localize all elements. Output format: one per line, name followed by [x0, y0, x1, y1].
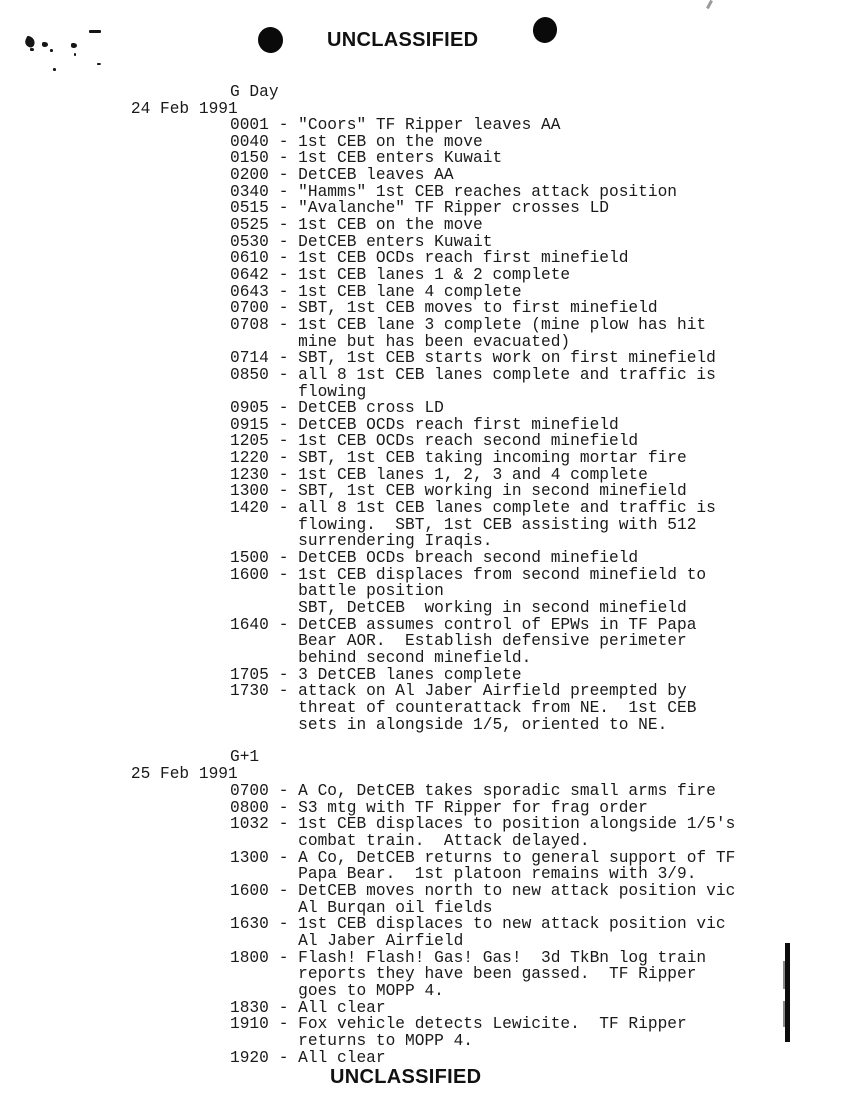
entry-text: Flash! Flash! Gas! Gas! 3d TkBn log trai…	[298, 950, 706, 1000]
entry-separator: -	[269, 150, 298, 167]
log-entry: 1705 - 3 DetCEB lanes complete	[230, 667, 750, 684]
entry-separator: -	[269, 184, 298, 201]
entry-time: 1730	[230, 683, 269, 700]
ink-dot	[50, 49, 53, 52]
section-header-25feb: 25 Feb 1991 G+1	[92, 749, 238, 816]
pen-margin-mark	[785, 943, 790, 1042]
entry-separator: -	[269, 816, 298, 833]
entry-text: Fox vehicle detects Lewicite. TF Ripper …	[298, 1016, 687, 1049]
chronology-entries-24feb: 0001 - "Coors" TF Ripper leaves AA0040 -…	[230, 117, 750, 733]
entry-separator: -	[269, 300, 298, 317]
ink-dot	[97, 63, 101, 65]
log-entry: 0530 - DetCEB enters Kuwait	[230, 234, 750, 251]
log-entry: 0800 - S3 mtg with TF Ripper for frag or…	[230, 800, 750, 817]
entry-time: 0530	[230, 234, 269, 251]
log-entry: 0643 - 1st CEB lane 4 complete	[230, 284, 750, 301]
entry-text: SBT, 1st CEB moves to first minefield	[298, 300, 657, 317]
section-header-24feb: 24 Feb 1991 G Day	[92, 84, 238, 151]
entry-separator: -	[269, 450, 298, 467]
entry-time: 0610	[230, 250, 269, 267]
entry-text: All clear	[298, 1000, 385, 1017]
entry-separator: -	[269, 617, 298, 634]
entry-time: 0800	[230, 800, 269, 817]
entry-time: 0700	[230, 783, 269, 800]
entry-text: DetCEB leaves AA	[298, 167, 453, 184]
log-entry: 0642 - 1st CEB lanes 1 & 2 complete	[230, 267, 750, 284]
log-entry: 0150 - 1st CEB enters Kuwait	[230, 150, 750, 167]
log-entry: 1230 - 1st CEB lanes 1, 2, 3 and 4 compl…	[230, 467, 750, 484]
entry-text: 1st CEB lane 4 complete	[298, 284, 521, 301]
entry-text: DetCEB cross LD	[298, 400, 444, 417]
entry-text: 1st CEB displaces to new attack position…	[298, 916, 725, 949]
entry-separator: -	[269, 800, 298, 817]
entry-separator: -	[269, 350, 298, 367]
entry-time: 1230	[230, 467, 269, 484]
hole-punch-dot-left	[256, 25, 284, 54]
ink-dot	[42, 42, 48, 47]
log-entry: 0340 - "Hamms" 1st CEB reaches attack po…	[230, 184, 750, 201]
entry-separator: -	[269, 1016, 298, 1033]
log-entry: 1420 - all 8 1st CEB lanes complete and …	[230, 500, 750, 550]
ink-dot	[71, 43, 77, 48]
log-entry: 1600 - 1st CEB displaces from second min…	[230, 567, 750, 617]
log-entry: 1500 - DetCEB OCDs breach second minefie…	[230, 550, 750, 567]
document-page: UNCLASSIFIED 24 Feb 1991 G Day 0001 - "C…	[0, 0, 850, 1107]
log-entry: 1800 - Flash! Flash! Gas! Gas! 3d TkBn l…	[230, 950, 750, 1000]
entry-text: DetCEB enters Kuwait	[298, 234, 492, 251]
log-entry: 0001 - "Coors" TF Ripper leaves AA	[230, 117, 750, 134]
entry-text: SBT, 1st CEB taking incoming mortar fire	[298, 450, 687, 467]
entry-separator: -	[269, 433, 298, 450]
entry-text: 1st CEB OCDs reach first minefield	[298, 250, 628, 267]
log-entry: 0610 - 1st CEB OCDs reach first minefiel…	[230, 250, 750, 267]
entry-text: all 8 1st CEB lanes complete and traffic…	[298, 367, 716, 400]
entry-time: 1830	[230, 1000, 269, 1017]
entry-text: all 8 1st CEB lanes complete and traffic…	[298, 500, 716, 550]
entry-separator: -	[269, 367, 298, 384]
log-entry: 1032 - 1st CEB displaces to position alo…	[230, 816, 750, 849]
entry-time: 0915	[230, 417, 269, 434]
entry-text: 1st CEB OCDs reach second minefield	[298, 433, 638, 450]
entry-time: 0525	[230, 217, 269, 234]
entry-time: 0643	[230, 284, 269, 301]
section-date: 25 Feb 1991	[131, 765, 238, 783]
entry-text: SBT, 1st CEB starts work on first minefi…	[298, 350, 716, 367]
entry-text: DetCEB assumes control of EPWs in TF Pap…	[298, 617, 696, 667]
classification-banner-top: UNCLASSIFIED	[327, 29, 478, 52]
hole-punch-dot-right	[531, 15, 559, 45]
entry-time: 1600	[230, 883, 269, 900]
entry-text: 3 DetCEB lanes complete	[298, 667, 521, 684]
entry-time: 1705	[230, 667, 269, 684]
entry-separator: -	[269, 234, 298, 251]
entry-separator: -	[269, 683, 298, 700]
entry-time: 0515	[230, 200, 269, 217]
log-entry: 0700 - A Co, DetCEB takes sporadic small…	[230, 783, 750, 800]
log-entry: 1630 - 1st CEB displaces to new attack p…	[230, 916, 750, 949]
entry-time: 0001	[230, 117, 269, 134]
entry-text: 1st CEB displaces from second minefield …	[298, 567, 706, 617]
entry-text: "Coors" TF Ripper leaves AA	[298, 117, 560, 134]
entry-separator: -	[269, 267, 298, 284]
entry-time: 1420	[230, 500, 269, 517]
entry-separator: -	[269, 167, 298, 184]
entry-separator: -	[269, 850, 298, 867]
ink-blot	[23, 35, 36, 48]
entry-text: 1st CEB lanes 1, 2, 3 and 4 complete	[298, 467, 648, 484]
entry-time: 0340	[230, 184, 269, 201]
entry-separator: -	[269, 567, 298, 584]
log-entry: 0915 - DetCEB OCDs reach first minefield	[230, 417, 750, 434]
entry-time: 1300	[230, 850, 269, 867]
entry-separator: -	[269, 284, 298, 301]
log-entry: 1300 - A Co, DetCEB returns to general s…	[230, 850, 750, 883]
log-entry: 1220 - SBT, 1st CEB taking incoming mort…	[230, 450, 750, 467]
ink-dot	[30, 48, 34, 51]
ink-dot	[53, 68, 56, 71]
entry-time: 1920	[230, 1050, 269, 1067]
section-date: 24 Feb 1991	[131, 100, 238, 118]
log-entry: 0905 - DetCEB cross LD	[230, 400, 750, 417]
ink-dot	[74, 53, 76, 56]
log-entry: 1910 - Fox vehicle detects Lewicite. TF …	[230, 1016, 750, 1049]
entry-time: 1220	[230, 450, 269, 467]
log-entry: 1730 - attack on Al Jaber Airfield preem…	[230, 683, 750, 733]
entry-time: 0850	[230, 367, 269, 384]
entry-text: "Hamms" 1st CEB reaches attack position	[298, 184, 677, 201]
entry-time: 0708	[230, 317, 269, 334]
chronology-entries-25feb: 0700 - A Co, DetCEB takes sporadic small…	[230, 783, 750, 1066]
entry-time: 1640	[230, 617, 269, 634]
entry-separator: -	[269, 783, 298, 800]
entry-separator: -	[269, 916, 298, 933]
log-entry: 1830 - All clear	[230, 1000, 750, 1017]
entry-text: 1st CEB lanes 1 & 2 complete	[298, 267, 570, 284]
ink-dash	[89, 30, 101, 33]
entry-separator: -	[269, 483, 298, 500]
entry-text: S3 mtg with TF Ripper for frag order	[298, 800, 648, 817]
log-entry: 0525 - 1st CEB on the move	[230, 217, 750, 234]
entry-separator: -	[269, 417, 298, 434]
entry-time: 0040	[230, 134, 269, 151]
log-entry: 0200 - DetCEB leaves AA	[230, 167, 750, 184]
log-entry: 0700 - SBT, 1st CEB moves to first minef…	[230, 300, 750, 317]
log-entry: 1300 - SBT, 1st CEB working in second mi…	[230, 483, 750, 500]
log-entry: 0515 - "Avalanche" TF Ripper crosses LD	[230, 200, 750, 217]
entry-separator: -	[269, 500, 298, 517]
entry-separator: -	[269, 317, 298, 334]
entry-separator: -	[269, 217, 298, 234]
entry-text: SBT, 1st CEB working in second minefield	[298, 483, 687, 500]
entry-separator: -	[269, 250, 298, 267]
entry-text: 1st CEB enters Kuwait	[298, 150, 502, 167]
entry-text: A Co, DetCEB takes sporadic small arms f…	[298, 783, 716, 800]
log-entry: 0850 - all 8 1st CEB lanes complete and …	[230, 367, 750, 400]
entry-text: DetCEB moves north to new attack positio…	[298, 883, 735, 916]
entry-time: 1500	[230, 550, 269, 567]
entry-time: 1630	[230, 916, 269, 933]
entry-separator: -	[269, 134, 298, 151]
entry-text: 1st CEB on the move	[298, 217, 483, 234]
entry-separator: -	[269, 200, 298, 217]
entry-text: DetCEB OCDs breach second minefield	[298, 550, 638, 567]
entry-separator: -	[269, 467, 298, 484]
entry-separator: -	[269, 950, 298, 967]
entry-separator: -	[269, 550, 298, 567]
entry-time: 0642	[230, 267, 269, 284]
log-entry: 1920 - All clear	[230, 1050, 750, 1067]
section-day-label: G+1	[230, 749, 259, 766]
entry-text: "Avalanche" TF Ripper crosses LD	[298, 200, 609, 217]
entry-separator: -	[269, 883, 298, 900]
entry-time: 1300	[230, 483, 269, 500]
entry-text: DetCEB OCDs reach first minefield	[298, 417, 619, 434]
log-entry: 0708 - 1st CEB lane 3 complete (mine plo…	[230, 317, 750, 350]
entry-time: 1205	[230, 433, 269, 450]
entry-text: attack on Al Jaber Airfield preempted by…	[298, 683, 696, 733]
entry-separator: -	[269, 117, 298, 134]
entry-time: 0200	[230, 167, 269, 184]
entry-time: 1910	[230, 1016, 269, 1033]
scanner-artifact-mark	[706, 0, 713, 9]
classification-banner-bottom: UNCLASSIFIED	[330, 1066, 481, 1089]
log-entry: 1205 - 1st CEB OCDs reach second minefie…	[230, 433, 750, 450]
entry-separator: -	[269, 1000, 298, 1017]
entry-time: 0700	[230, 300, 269, 317]
entry-separator: -	[269, 400, 298, 417]
log-entry: 1600 - DetCEB moves north to new attack …	[230, 883, 750, 916]
section-day-label: G Day	[230, 84, 279, 101]
entry-text: All clear	[298, 1050, 385, 1067]
log-entry: 1640 - DetCEB assumes control of EPWs in…	[230, 617, 750, 667]
entry-separator: -	[269, 1050, 298, 1067]
entry-time: 1600	[230, 567, 269, 584]
entry-time: 0150	[230, 150, 269, 167]
entry-separator: -	[269, 667, 298, 684]
log-entry: 0040 - 1st CEB on the move	[230, 134, 750, 151]
entry-time: 0714	[230, 350, 269, 367]
entry-time: 1032	[230, 816, 269, 833]
entry-time: 1800	[230, 950, 269, 967]
log-entry: 0714 - SBT, 1st CEB starts work on first…	[230, 350, 750, 367]
entry-time: 0905	[230, 400, 269, 417]
entry-text: 1st CEB displaces to position alongside …	[298, 816, 735, 849]
entry-text: 1st CEB on the move	[298, 134, 483, 151]
entry-text: A Co, DetCEB returns to general support …	[298, 850, 735, 883]
entry-text: 1st CEB lane 3 complete (mine plow has h…	[298, 317, 706, 350]
